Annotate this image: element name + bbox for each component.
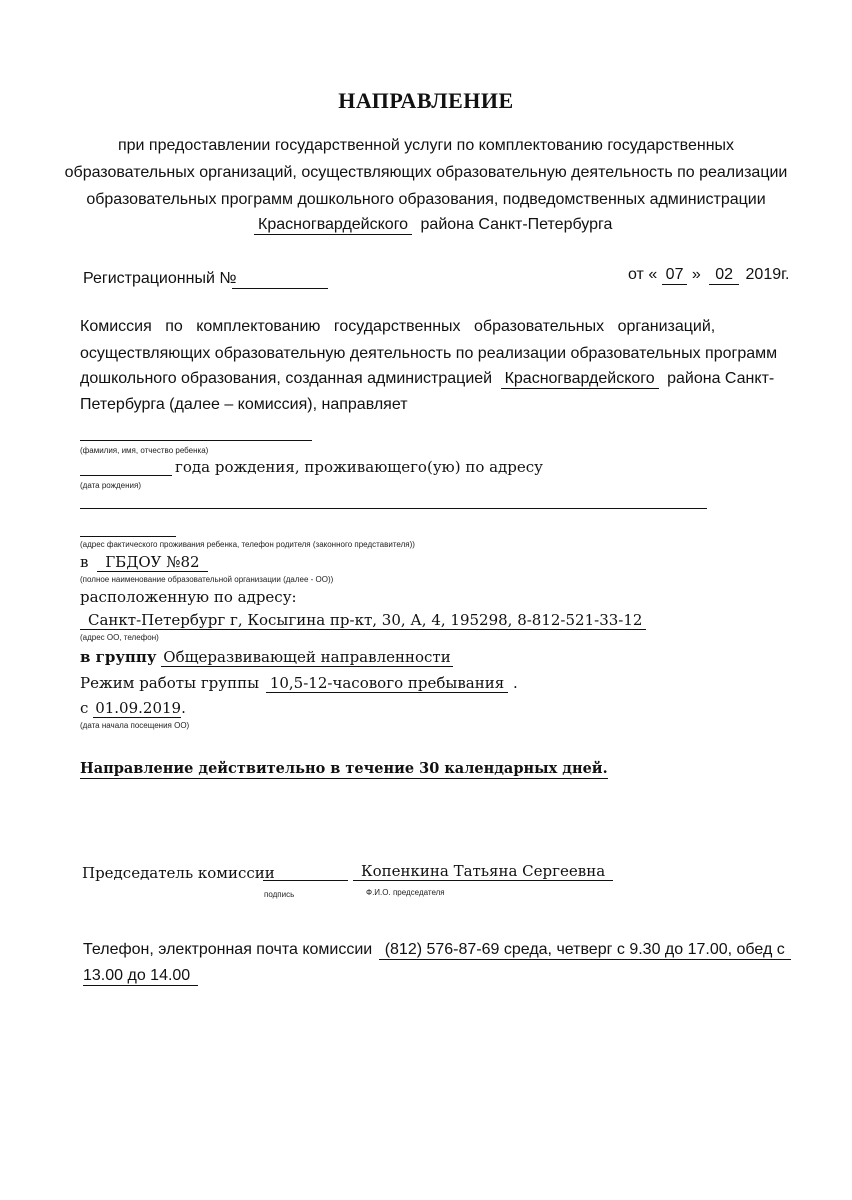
located-label: расположенную по адресу: [80, 588, 297, 606]
date-prefix: от « [628, 266, 657, 283]
commission-line-3-prefix: дошкольного образования, созданная админ… [80, 370, 492, 387]
commission-line-4: Петербурга (далее – комиссия), направляе… [80, 396, 408, 414]
birth-date-caption: (дата рождения) [80, 481, 141, 490]
child-address-field[interactable] [80, 508, 707, 509]
subtitle-line-4: Красногвардейского района Санкт-Петербур… [254, 216, 612, 235]
birth-text: года рождения, проживающего(ую) по адрес… [175, 458, 543, 476]
chair-name-field[interactable]: Копенкина Татьяна Сергеевна [353, 862, 613, 881]
mode-label: Режим работы группы [80, 674, 259, 692]
child-birth-date-field[interactable] [80, 475, 172, 476]
date-year: 2019г. [746, 266, 790, 283]
registration-date: от « 07 » 02 2019г. [628, 266, 789, 285]
registration-number-field[interactable] [232, 288, 328, 289]
mode-end: . [513, 674, 518, 692]
commission-line-3: дошкольного образования, созданная админ… [80, 370, 774, 389]
validity-notice-text: Направление действительно в течение 30 к… [80, 760, 608, 777]
signature-field[interactable] [263, 880, 348, 881]
organization-address-caption: (адрес ОО, телефон) [80, 633, 159, 642]
contacts-value-field[interactable]: (812) 576-87-69 среда, четверг с 9.30 до… [379, 941, 791, 960]
contacts-line-1: Телефон, электронная почта комиссии (812… [83, 941, 791, 960]
chair-name-line: Копенкина Татьяна Сергеевна [353, 862, 613, 881]
subtitle-line-1: при предоставлении государственной услуг… [0, 137, 852, 155]
contacts-label: Телефон, электронная почта комиссии [83, 941, 372, 958]
child-fio-caption: (фамилия, имя, отчество ребенка) [80, 446, 208, 455]
commission-line-1: Комиссия по комплектованию государственн… [80, 318, 777, 336]
group-line: в группу Общеразвивающей направленности [80, 648, 453, 667]
document-title: НАПРАВЛЕНИЕ [0, 88, 852, 114]
group-label: в группу [80, 648, 157, 666]
organization-name-caption: (полное наименование образовательной орг… [80, 575, 333, 584]
start-date-caption: (дата начала посещения ОО) [80, 721, 189, 730]
signature-caption: подпись [264, 890, 294, 899]
date-mid: » [692, 266, 701, 283]
chair-name-caption: Ф.И.О. председателя [366, 888, 445, 897]
start-line: с 01.09.2019. [80, 699, 186, 718]
child-address-caption: (адрес фактического проживания ребенка, … [80, 540, 415, 549]
contacts-value-field-continued[interactable]: 13.00 до 14.00 [83, 967, 198, 986]
mode-value-field[interactable]: 10,5-12-часового пребывания [266, 674, 508, 693]
district-suffix: района Санкт-Петербурга [421, 216, 613, 233]
child-fio-field[interactable] [80, 440, 312, 441]
mode-line: Режим работы группы 10,5-12-часового пре… [80, 674, 518, 693]
registration-label: Регистрационный № [83, 270, 236, 288]
signature-label: Председатель комиссии [82, 864, 275, 882]
organization-address-line: Санкт-Петербург г, Косыгина пр-кт, 30, А… [80, 611, 646, 630]
start-date-field[interactable]: 01.09.2019 [93, 699, 181, 718]
subtitle-line-3: образовательных программ дошкольного обр… [0, 191, 852, 209]
group-value-field[interactable]: Общеразвивающей направленности [161, 648, 452, 667]
commission-line-3-suffix: района Санкт- [667, 370, 774, 387]
district-field[interactable]: Красногвардейского [254, 216, 412, 235]
start-prefix: с [80, 699, 88, 717]
date-month-field[interactable]: 02 [709, 266, 739, 285]
date-day-field[interactable]: 07 [662, 266, 688, 285]
organization-prefix: в [80, 553, 88, 571]
start-end: . [181, 699, 186, 717]
child-address-field-continued[interactable] [80, 536, 176, 537]
commission-line-2: осуществляющих образовательную деятельно… [80, 345, 777, 363]
subtitle-line-2: образовательных организаций, осуществляю… [0, 164, 852, 182]
organization-name-field[interactable]: ГБДОУ №82 [97, 553, 207, 572]
validity-notice: Направление действительно в течение 30 к… [80, 760, 608, 779]
document-page: НАПРАВЛЕНИЕ при предоставлении государст… [0, 0, 852, 1200]
contacts-line-2: 13.00 до 14.00 [83, 967, 198, 986]
organization-line: в ГБДОУ №82 [80, 553, 208, 572]
commission-district-field[interactable]: Красногвардейского [501, 370, 659, 389]
organization-address-field[interactable]: Санкт-Петербург г, Косыгина пр-кт, 30, А… [80, 611, 646, 630]
